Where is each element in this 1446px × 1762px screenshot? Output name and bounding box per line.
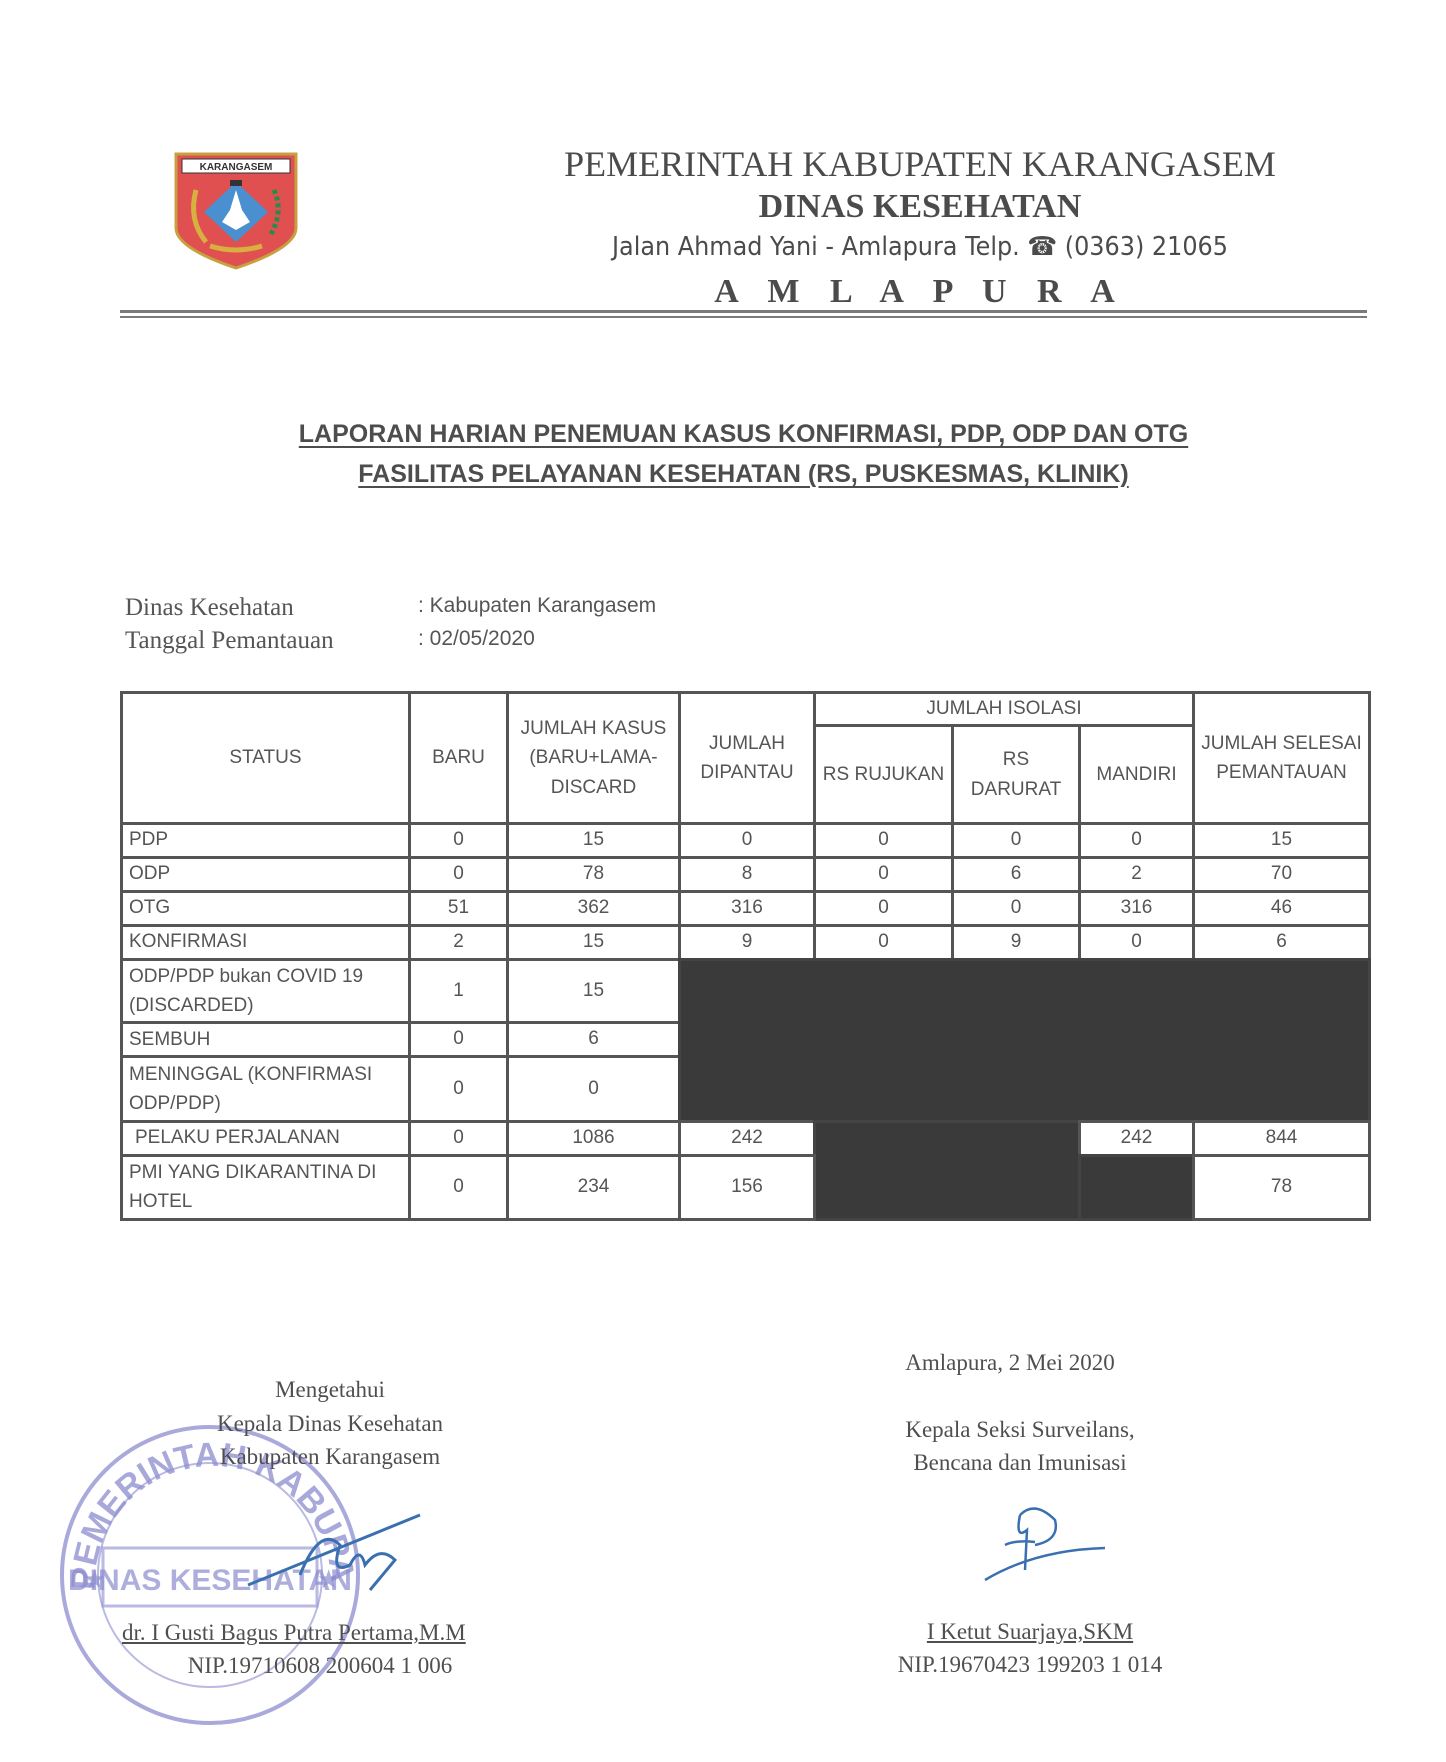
svg-text:★: ★ bbox=[83, 1565, 106, 1594]
right-signature-section: Bencana dan Imunisasi bbox=[860, 1450, 1180, 1476]
header-status: STATUS bbox=[120, 691, 411, 825]
table-cell-mandiri: 0 bbox=[1078, 924, 1195, 961]
header-rs-darurat: RS DARURAT bbox=[951, 724, 1081, 825]
report-title: LAPORAN HARIAN PENEMUAN KASUS KONFIRMASI… bbox=[120, 420, 1367, 449]
table-cell-dipantau: 9 bbox=[678, 924, 816, 961]
table-cell-rs-darurat: 0 bbox=[951, 890, 1081, 927]
left-signature-intro: Mengetahui bbox=[180, 1377, 480, 1403]
table-cell-jumlah-kasus: 15 bbox=[506, 822, 681, 859]
table-cell-rs-rujukan: 0 bbox=[813, 890, 954, 927]
table-cell-rs-rujukan: 0 bbox=[813, 924, 954, 961]
table-cell-jumlah-kasus: 234 bbox=[506, 1154, 681, 1221]
left-signatory-name: dr. I Gusti Bagus Putra Pertama,M.M bbox=[110, 1620, 522, 1646]
meta-value-tanggal: : 02/05/2020 bbox=[418, 627, 535, 651]
table-cell-jumlah-kasus: 15 bbox=[506, 958, 681, 1024]
case-report-table: STATUSBARUJUMLAH KASUS (BARU+LAMA-DISCAR… bbox=[120, 691, 1368, 1218]
left-handwritten-signature-icon bbox=[230, 1505, 430, 1595]
agency-name: DINAS KESEHATAN bbox=[480, 188, 1360, 226]
table-cell-jumlah-kasus: 15 bbox=[506, 924, 681, 961]
table-cell-mandiri: 242 bbox=[1078, 1120, 1195, 1157]
table-cell-baru: 0 bbox=[408, 856, 509, 893]
meta-label-dinas: Dinas Kesehatan bbox=[125, 594, 294, 622]
table-cell-status: MENINGGAL (KONFIRMASI ODP/PDP) bbox=[120, 1055, 411, 1123]
svg-text:KARANGASEM: KARANGASEM bbox=[200, 162, 273, 173]
table-cell-jumlah-kasus: 362 bbox=[506, 890, 681, 927]
left-signature-position: Kepala Dinas Kesehatan bbox=[150, 1411, 510, 1437]
shaded-not-applicable-area bbox=[678, 958, 1371, 1123]
right-signatory-nip: NIP.19670423 199203 1 014 bbox=[850, 1652, 1210, 1678]
header-jumlah-isolasi: JUMLAH ISOLASI bbox=[813, 691, 1195, 727]
karangasem-coat-of-arms-icon: KARANGASEM bbox=[172, 150, 300, 270]
table-cell-selesai: 70 bbox=[1192, 856, 1371, 893]
right-signature-position: Kepala Seksi Surveilans, bbox=[860, 1417, 1180, 1443]
table-cell-rs-darurat: 6 bbox=[951, 856, 1081, 893]
table-cell-selesai: 15 bbox=[1192, 822, 1371, 859]
table-cell-baru: 51 bbox=[408, 890, 509, 927]
header-jumlah-dipantau: JUMLAH DIPANTAU bbox=[678, 691, 816, 825]
place-and-date: Amlapura, 2 Mei 2020 bbox=[860, 1350, 1160, 1376]
meta-label-tanggal: Tanggal Pemantauan bbox=[125, 627, 334, 655]
table-cell-jumlah-kasus: 0 bbox=[506, 1055, 681, 1123]
table-cell-baru: 0 bbox=[408, 1154, 509, 1221]
letterhead-rule bbox=[120, 310, 1367, 313]
table-cell-baru: 0 bbox=[408, 1120, 509, 1157]
table-cell-status: ODP bbox=[120, 856, 411, 893]
table-cell-selesai: 46 bbox=[1192, 890, 1371, 927]
right-handwritten-signature-icon bbox=[975, 1500, 1115, 1590]
table-cell-status: PELAKU PERJALANAN bbox=[120, 1120, 411, 1157]
table-cell-baru: 0 bbox=[408, 822, 509, 859]
table-cell-baru: 0 bbox=[408, 1021, 509, 1058]
table-cell-baru: 2 bbox=[408, 924, 509, 961]
header-mandiri: MANDIRI bbox=[1078, 724, 1195, 825]
table-cell-dipantau: 316 bbox=[678, 890, 816, 927]
government-name: PEMERINTAH KABUPATEN KARANGASEM bbox=[480, 143, 1360, 185]
table-cell-status: KONFIRMASI bbox=[120, 924, 411, 961]
letterhead-rule-thin bbox=[120, 316, 1367, 318]
table-cell-status: PDP bbox=[120, 822, 411, 859]
table-cell-status: OTG bbox=[120, 890, 411, 927]
agency-address: Jalan Ahmad Yani - Amlapura Telp. ☎ (036… bbox=[515, 232, 1325, 262]
city-name: A M L A P U R A bbox=[480, 273, 1360, 311]
header-jumlah-selesai: JUMLAH SELESAI PEMANTAUAN bbox=[1192, 691, 1371, 825]
left-signature-district: Kabupaten Karangasem bbox=[150, 1444, 510, 1470]
header-rs-rujukan: RS RUJUKAN bbox=[813, 724, 954, 825]
table-cell-dipantau: 8 bbox=[678, 856, 816, 893]
right-signatory-name: I Ketut Suarjaya,SKM bbox=[860, 1619, 1200, 1645]
left-signatory-nip: NIP.19710608 200604 1 006 bbox=[140, 1653, 500, 1679]
shaded-not-applicable-area bbox=[813, 1120, 1081, 1221]
header-jumlah-kasus: JUMLAH KASUS (BARU+LAMA-DISCARD bbox=[506, 691, 681, 825]
table-cell-jumlah-kasus: 6 bbox=[506, 1021, 681, 1058]
report-subtitle: FASILITAS PELAYANAN KESEHATAN (RS, PUSKE… bbox=[120, 460, 1367, 489]
table-cell-selesai: 6 bbox=[1192, 924, 1371, 961]
table-cell-mandiri: 2 bbox=[1078, 856, 1195, 893]
table-cell-rs-rujukan: 0 bbox=[813, 822, 954, 859]
table-cell-rs-darurat: 9 bbox=[951, 924, 1081, 961]
meta-value-dinas: : Kabupaten Karangasem bbox=[418, 594, 656, 618]
table-cell-dipantau: 242 bbox=[678, 1120, 816, 1157]
table-cell-dipantau: 156 bbox=[678, 1154, 816, 1221]
table-cell-jumlah-kasus: 1086 bbox=[506, 1120, 681, 1157]
table-cell-mandiri: 0 bbox=[1078, 822, 1195, 859]
table-cell-mandiri: 316 bbox=[1078, 890, 1195, 927]
table-cell-status: PMI YANG DIKARANTINA DI HOTEL bbox=[120, 1154, 411, 1221]
table-cell-selesai: 78 bbox=[1192, 1154, 1371, 1221]
table-cell-rs-rujukan: 0 bbox=[813, 856, 954, 893]
table-cell-jumlah-kasus: 78 bbox=[506, 856, 681, 893]
table-cell-baru: 0 bbox=[408, 1055, 509, 1123]
header-baru: BARU bbox=[408, 691, 509, 825]
table-cell-selesai: 844 bbox=[1192, 1120, 1371, 1157]
table-cell-status: SEMBUH bbox=[120, 1021, 411, 1058]
table-cell-baru: 1 bbox=[408, 958, 509, 1024]
table-cell-dipantau: 0 bbox=[678, 822, 816, 859]
shaded-not-applicable-area bbox=[1078, 1154, 1195, 1221]
table-cell-status: ODP/PDP bukan COVID 19 (DISCARDED) bbox=[120, 958, 411, 1024]
table-cell-rs-darurat: 0 bbox=[951, 822, 1081, 859]
